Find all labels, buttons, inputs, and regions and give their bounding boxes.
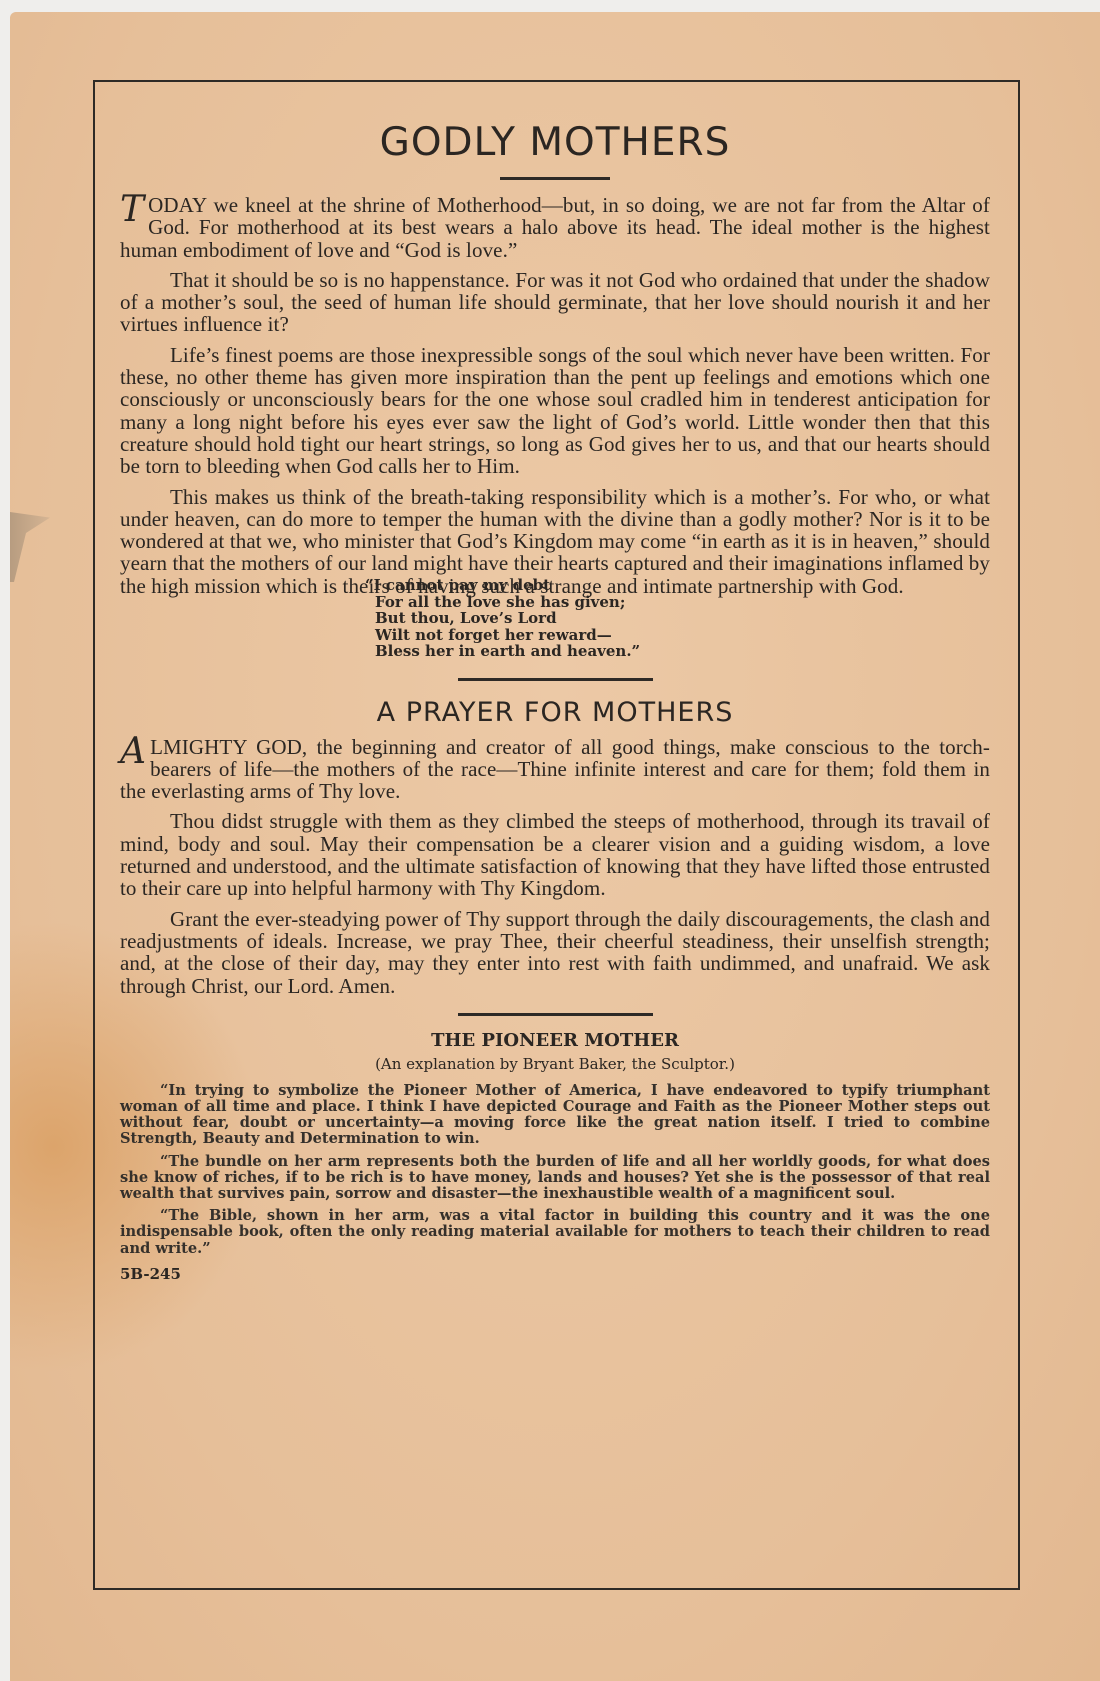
prayer-paragraph-1: ALMIGHTY GOD, the beginning and creator … (120, 736, 990, 803)
intro-paragraph-4: This makes us think of the breath-taking… (120, 486, 990, 597)
form-code: 5B-245 (120, 1265, 990, 1283)
intro-section: TODAY we kneel at the shrine of Motherho… (120, 194, 990, 660)
intro-paragraph-2: That it should be so is no happenstance.… (120, 269, 990, 336)
pioneer-title: THE PIONEER MOTHER (120, 1030, 990, 1051)
pioneer-paragraph-3: “The Bible, shown in her arm, was a vita… (120, 1208, 990, 1257)
poem-line: Wilt not forget her reward— (365, 627, 990, 644)
pioneer-byline: (An explanation by Bryant Baker, the Scu… (120, 1055, 990, 1073)
section-divider (458, 1013, 653, 1016)
prayer-section: A PRAYER FOR MOTHERS ALMIGHTY GOD, the b… (120, 697, 990, 997)
poem-line: Bless her in earth and heaven.” (365, 643, 990, 660)
intro-paragraph-3: Life’s finest poems are those inexpressi… (120, 344, 990, 478)
section-divider (458, 678, 653, 681)
prayer-paragraph-3: Grant the ever-steadying power of Thy su… (120, 908, 990, 997)
pioneer-section: THE PIONEER MOTHER (An explanation by Br… (120, 1030, 990, 1283)
poem-line: But thou, Love’s Lord (365, 610, 990, 627)
document-content: GODLY MOTHERS TODAY we kneel at the shri… (120, 110, 990, 1283)
dropcap-t: T (120, 200, 144, 220)
page-title: GODLY MOTHERS (120, 110, 990, 165)
pioneer-paragraph-2: “The bundle on her arm represents both t… (120, 1154, 990, 1203)
pioneer-paragraph-1: “In trying to symbolize the Pioneer Moth… (120, 1083, 990, 1148)
prayer-paragraph-2: Thou didst struggle with them as they cl… (120, 810, 990, 899)
intro-paragraph-1: TODAY we kneel at the shrine of Motherho… (120, 194, 990, 261)
title-divider (500, 177, 610, 180)
prayer-title: A PRAYER FOR MOTHERS (120, 697, 990, 728)
dropcap-a: A (120, 742, 146, 762)
